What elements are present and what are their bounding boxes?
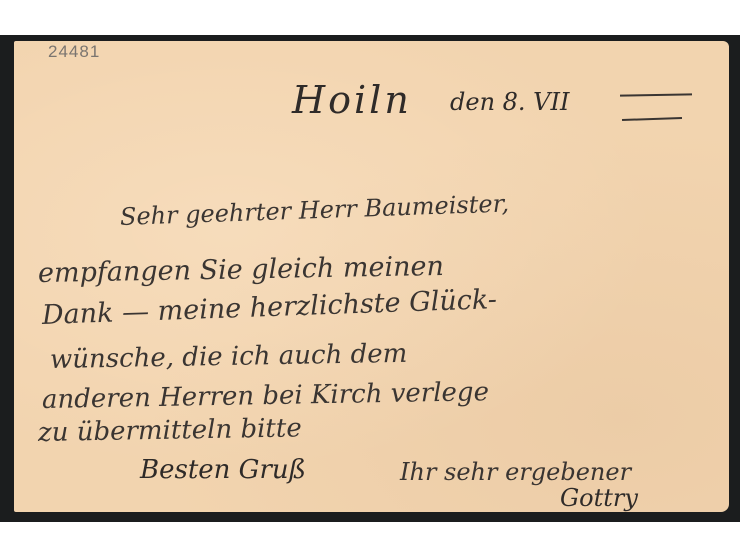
- closing-valediction: Ihr sehr ergebener: [400, 458, 631, 486]
- signature: Gottry: [560, 484, 638, 512]
- inventory-number: 24481: [48, 42, 100, 62]
- letter-date: den 8. VII: [450, 88, 569, 116]
- letter-line-4: wünsche, die ich auch dem: [50, 339, 408, 375]
- letter-line-6: zu übermitteln bitte: [38, 413, 302, 448]
- letter-place: Hoiln: [292, 78, 412, 122]
- closing-greeting: Besten Gruß: [140, 455, 306, 485]
